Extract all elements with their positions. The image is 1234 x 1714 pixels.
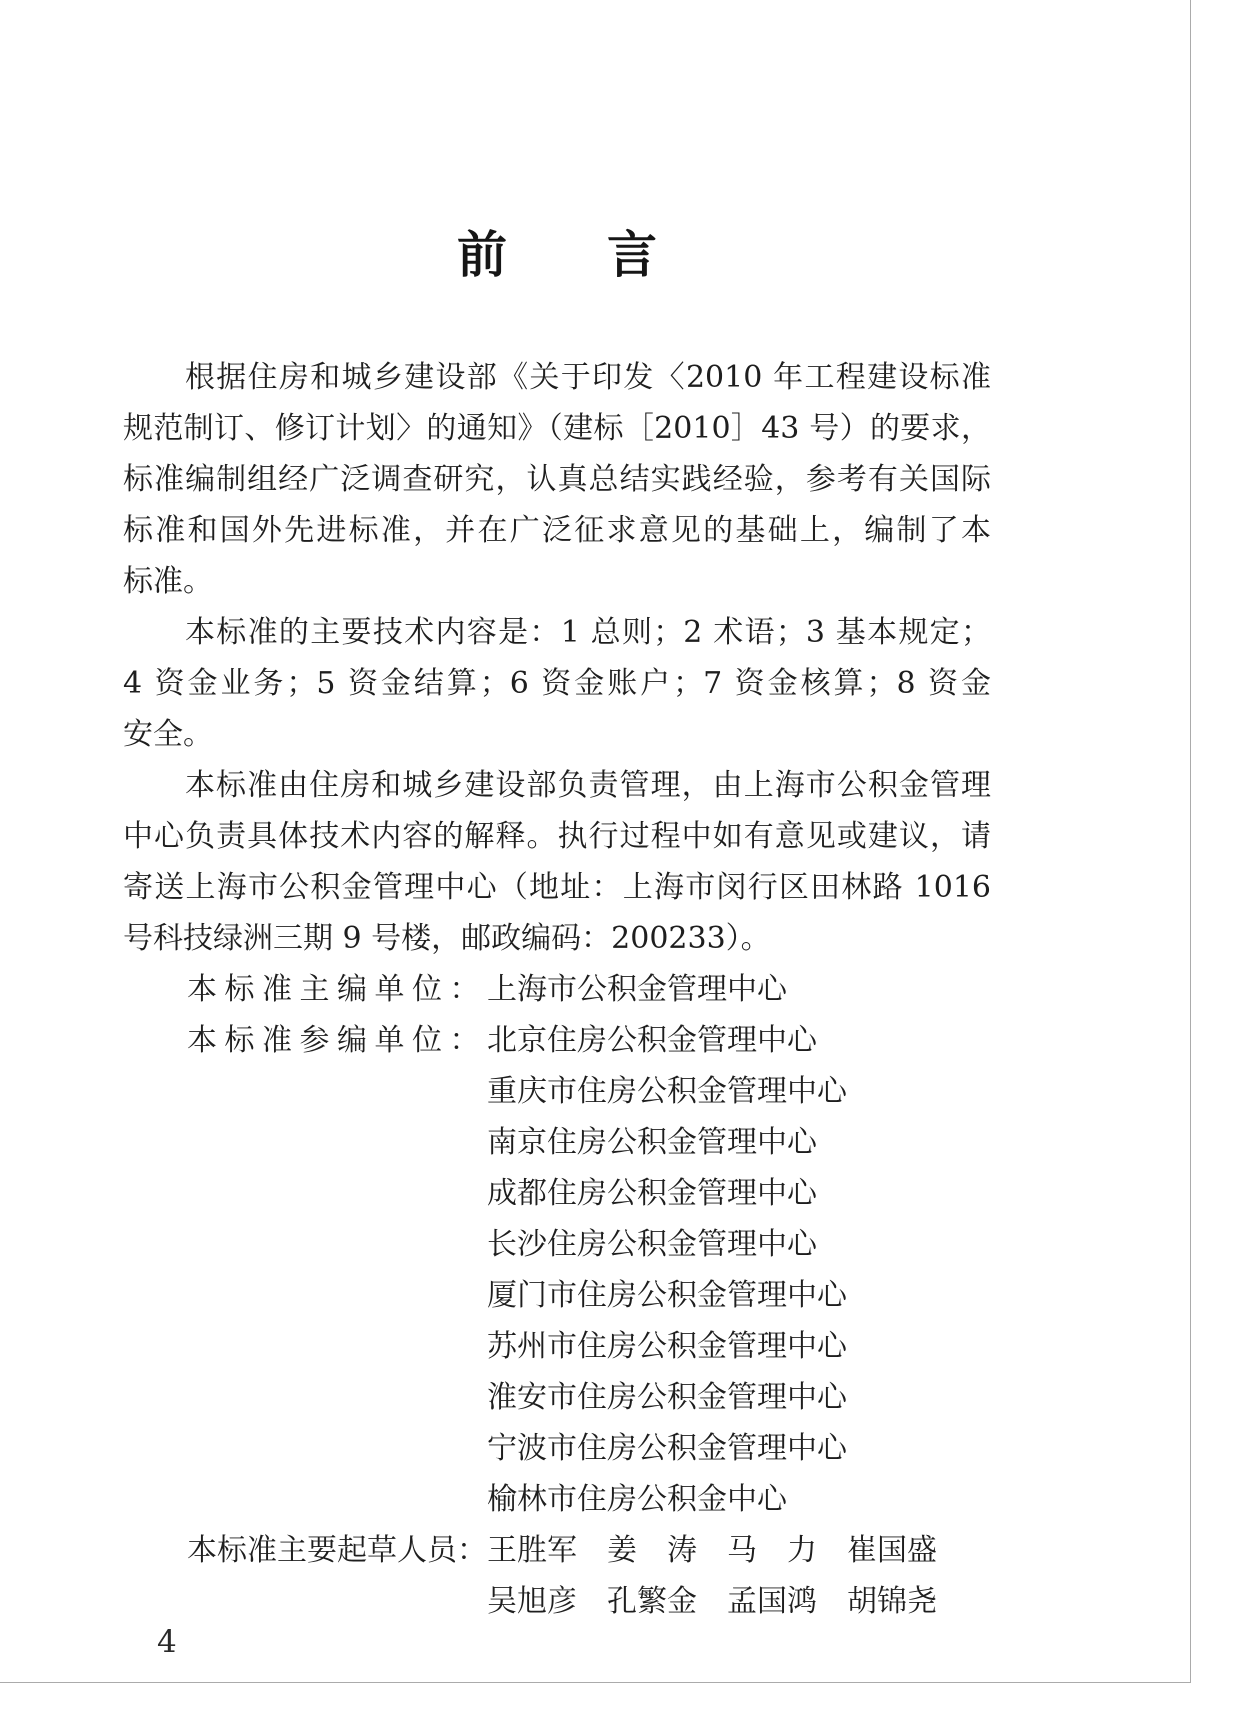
- paragraph-line: 寄送上海市公积金管理中心（地址：上海市闵行区田林路 1016: [123, 862, 991, 913]
- participant-unit: 长沙住房公积金管理中心: [487, 1227, 817, 1262]
- participant-unit: 南京住房公积金管理中心: [487, 1125, 817, 1160]
- participant-row: 成都住房公积金管理中心: [123, 1168, 991, 1219]
- participant-unit: 苏州市住房公积金管理中心: [487, 1329, 847, 1364]
- drafters-names: 吴旭彦 孔繁金 孟国鸿 胡锦尧: [487, 1584, 937, 1619]
- participant-row: 苏州市住房公积金管理中心: [123, 1321, 991, 1372]
- chief-editor-value: 上海市公积金管理中心: [487, 972, 787, 1007]
- paragraph-line: 本标准的主要技术内容是：1 总则；2 术语；3 基本规定；: [123, 607, 991, 658]
- participant-unit: 榆林市住房公积金中心: [487, 1482, 787, 1517]
- participant-row: 宁波市住房公积金管理中心: [123, 1423, 991, 1474]
- page-edge-vertical: [1190, 0, 1191, 1683]
- paragraph-line: 规范制订、修订计划〉的通知》（建标［2010］43 号）的要求，: [123, 403, 991, 454]
- paragraph-line: 标准和国外先进标准，并在广泛征求意见的基础上，编制了本: [123, 505, 991, 556]
- paragraph-line: 号科技绿洲三期 9 号楼，邮政编码：200233）。: [123, 913, 991, 964]
- participant-unit: 宁波市住房公积金管理中心: [487, 1431, 847, 1466]
- participant-row: 南京住房公积金管理中心: [123, 1117, 991, 1168]
- participant-row: 厦门市住房公积金管理中心: [123, 1270, 991, 1321]
- paragraph-line: 本标准由住房和城乡建设部负责管理，由上海市公积金管理: [123, 760, 991, 811]
- drafters-row: 吴旭彦 孔繁金 孟国鸿 胡锦尧: [123, 1576, 991, 1627]
- participants-row: 本标准参编单位：北京住房公积金管理中心: [123, 1015, 991, 1066]
- participant-row: 重庆市住房公积金管理中心: [123, 1066, 991, 1117]
- document-page: 前 言 根据住房和城乡建设部《关于印发〈2010 年工程建设标准 规范制订、修订…: [0, 0, 1234, 1714]
- paragraph-line: 4 资金业务；5 资金结算；6 资金账户；7 资金核算；8 资金: [123, 658, 991, 709]
- drafters-row: 本标准主要起草人员：王胜军 姜 涛 马 力 崔国盛: [123, 1525, 991, 1576]
- drafters-names: 王胜军 姜 涛 马 力 崔国盛: [487, 1533, 937, 1568]
- paragraph-line: 标准编制组经广泛调查研究，认真总结实践经验，参考有关国际: [123, 454, 991, 505]
- page-edge-horizontal: [0, 1682, 1191, 1683]
- body-text: 根据住房和城乡建设部《关于印发〈2010 年工程建设标准 规范制订、修订计划〉的…: [123, 352, 991, 1627]
- participant-unit: 厦门市住房公积金管理中心: [487, 1278, 847, 1313]
- participant-row: 淮安市住房公积金管理中心: [123, 1372, 991, 1423]
- chief-editor-row: 本标准主编单位：上海市公积金管理中心: [123, 964, 991, 1015]
- page-number: 4: [157, 1624, 177, 1660]
- paragraph-line: 中心负责具体技术内容的解释。执行过程中如有意见或建议，请: [123, 811, 991, 862]
- participant-row: 榆林市住房公积金中心: [123, 1474, 991, 1525]
- paragraph-line: 根据住房和城乡建设部《关于印发〈2010 年工程建设标准: [123, 352, 991, 403]
- participants-label: 本标准参编单位：: [187, 1015, 487, 1066]
- paragraph-line: 标准。: [123, 556, 991, 607]
- paragraph-line: 安全。: [123, 709, 991, 760]
- participant-unit: 淮安市住房公积金管理中心: [487, 1380, 847, 1415]
- drafters-label: 本标准主要起草人员：: [187, 1525, 487, 1576]
- participant-row: 长沙住房公积金管理中心: [123, 1219, 991, 1270]
- participant-unit: 重庆市住房公积金管理中心: [487, 1074, 847, 1109]
- participant-unit: 北京住房公积金管理中心: [487, 1023, 817, 1058]
- participant-unit: 成都住房公积金管理中心: [487, 1176, 817, 1211]
- chief-editor-label: 本标准主编单位：: [187, 964, 487, 1015]
- page-title: 前 言: [123, 220, 991, 290]
